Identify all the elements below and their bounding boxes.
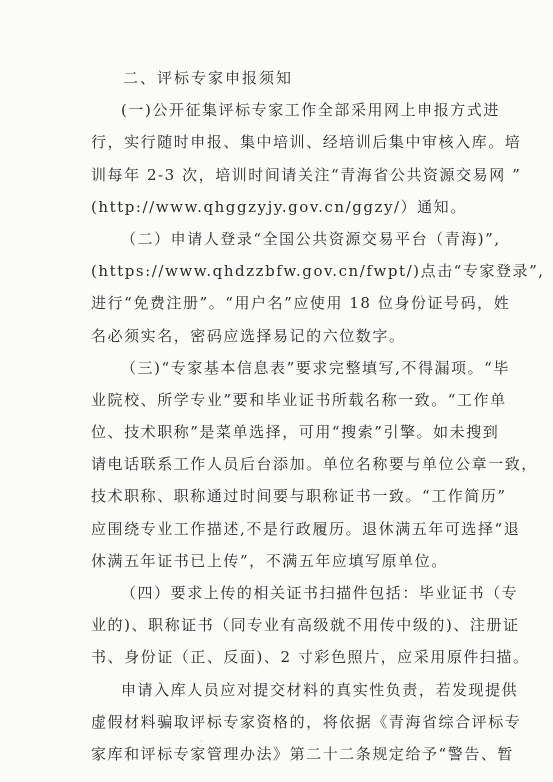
paragraph-line-url: (http://www.qhggzyjy.gov.cn/ggzy/）通知。 bbox=[91, 191, 475, 223]
paragraph-3: （三)“专家基本信息表”要求完整填写,不得漏项。“毕 业院校、所学专业”要和毕业… bbox=[91, 352, 475, 577]
paragraph-line: 位、技术职称”是菜单选择，可用“搜索”引擎。如未搜到 bbox=[91, 416, 475, 448]
paragraph-line: （四）要求上传的相关证书扫描件包括：毕业证书（专 bbox=[91, 577, 475, 609]
paragraph-2: （二）申请人登录“全国公共资源交易平台（青海)”, (https://www.q… bbox=[91, 223, 475, 352]
paragraph-line: 名必须实名，密码应选择易记的六位数字。 bbox=[91, 320, 475, 352]
paragraph-line: 书、身份证（正、反面)、2 寸彩色照片，应采用原件扫描。 bbox=[91, 641, 475, 673]
paragraph-line: 虚假材料骗取评标专家资格的，将依据《青海省综合评标专 bbox=[91, 706, 475, 738]
paragraph-line: 训每年 2-3 次，培训时间请关注“青海省公共资源交易网 ” bbox=[91, 159, 475, 191]
paragraph-line: 业的)、职称证书（同专业有高级就不用传中级的)、注册证 bbox=[91, 609, 475, 641]
paragraph-line: 应围绕专业工作描述,不是行政履历。退休满五年可选择“退 bbox=[91, 513, 475, 545]
paragraph-line: 行，实行随时申报、集中培训、经培训后集中审核入库。培 bbox=[91, 126, 475, 158]
paragraph-line: 业院校、所学专业”要和毕业证书所载名称一致。“工作单 bbox=[91, 384, 475, 416]
paragraph-line: (一)公开征集评标专家工作全部采用网上申报方式进 bbox=[91, 94, 475, 126]
paragraph-line: （二）申请人登录“全国公共资源交易平台（青海)”, bbox=[91, 223, 475, 255]
paragraph-line: 休满五年证书已上传”，不满五年应填写原单位。 bbox=[91, 545, 475, 577]
paragraph-line: 家库和评标专家管理办法》第二十二条规定给予“警告、暂 bbox=[91, 738, 475, 770]
scan-speck bbox=[200, 740, 203, 743]
paragraph-line: 技术职称、职称通过时间要与职称证书一致。“工作简历” bbox=[91, 480, 475, 512]
paragraph-5: 申请入库人员应对提交材料的真实性负责，若发现提供 虚假材料骗取评标专家资格的，将… bbox=[91, 674, 475, 771]
section-heading: 二、评标专家申报须知 bbox=[91, 62, 475, 94]
document-page: 二、评标专家申报须知 (一)公开征集评标专家工作全部采用网上申报方式进 行，实行… bbox=[91, 62, 475, 770]
scan-speck bbox=[130, 720, 133, 723]
paragraph-line: 进行“免费注册”。“用户名”应使用 18 位身份证号码，姓 bbox=[91, 287, 475, 319]
paragraph-line: 请电话联系工作人员后台添加。单位名称要与单位公章一致， bbox=[91, 448, 475, 480]
paragraph-1: (一)公开征集评标专家工作全部采用网上申报方式进 行，实行随时申报、集中培训、经… bbox=[91, 94, 475, 223]
paragraph-4: （四）要求上传的相关证书扫描件包括：毕业证书（专 业的)、职称证书（同专业有高级… bbox=[91, 577, 475, 674]
paragraph-line: （三)“专家基本信息表”要求完整填写,不得漏项。“毕 bbox=[91, 352, 475, 384]
paragraph-line-url: (https://www.qhdzzbfw.gov.cn/fwpt/)点击“专家… bbox=[91, 255, 475, 287]
paragraph-line: 申请入库人员应对提交材料的真实性负责，若发现提供 bbox=[91, 674, 475, 706]
